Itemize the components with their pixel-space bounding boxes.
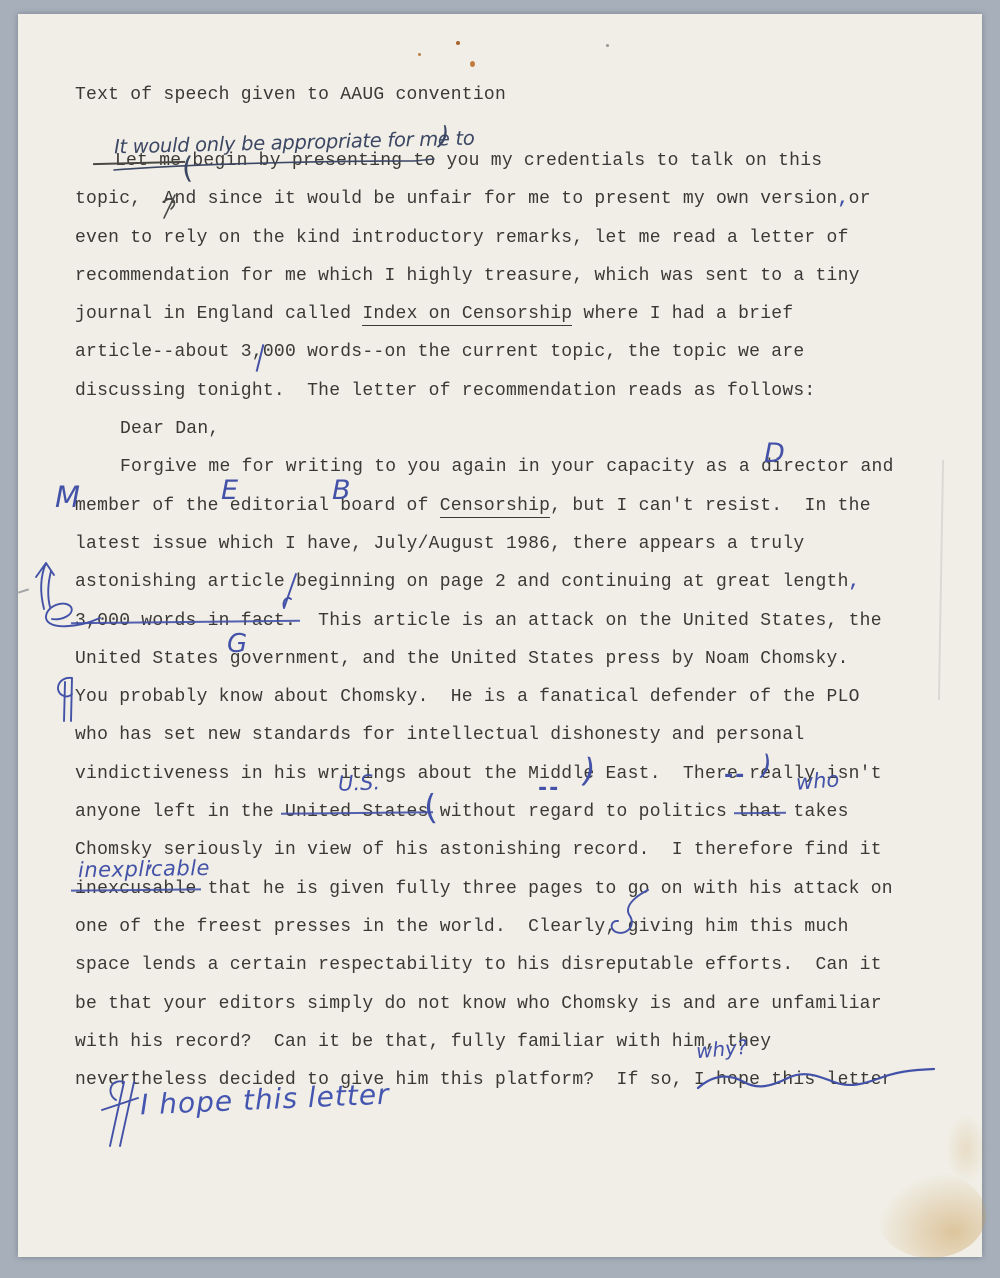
- delete-comma-loop-mark: [606, 886, 658, 946]
- typed-line: recommendation for me which I highly tre…: [75, 257, 894, 295]
- typed-line: discussing tonight. The letter of recomm…: [75, 372, 894, 410]
- typed-line: space lends a certain respectability to …: [75, 946, 894, 984]
- typed-segment: be that your editors simply do not know …: [75, 994, 882, 1014]
- typed-segment: where I had a brief: [572, 304, 793, 324]
- typed-line: member of the editorial board of Censors…: [75, 487, 894, 525]
- handwritten-rewrite-bottom: I hope this letter: [140, 1081, 391, 1120]
- capital-b-mark: B: [332, 477, 351, 504]
- typed-segment: takes: [782, 802, 848, 822]
- typed-line: with his record? Can it be that, fully f…: [75, 1023, 894, 1061]
- rust-speck: [418, 53, 421, 56]
- typed-segment: United States government, and the United…: [75, 649, 849, 669]
- typed-segment: article--about 3,000 words--on the curre…: [75, 342, 804, 362]
- delete-loop-mark: [40, 597, 106, 639]
- capital-e-mark: E: [221, 477, 238, 504]
- typed-segment: recommendation for me which I highly tre…: [75, 266, 860, 286]
- typed-segment: member of the editorial board of: [75, 496, 440, 516]
- paper-stain: [876, 1172, 986, 1258]
- typed-segment: Index on Censorship: [362, 304, 572, 326]
- typed-segment: even to rely on the kind introductory re…: [75, 228, 849, 248]
- paragraph-mark-bottom: [100, 1076, 142, 1154]
- typed-segment: Dear Dan,: [120, 419, 219, 439]
- paper-speck: [606, 44, 609, 47]
- typed-line: astonishing article beginning on page 2 …: [75, 563, 894, 601]
- why-question-label: why?: [695, 1037, 748, 1061]
- typed-line: one of the freest presses in the world. …: [75, 908, 894, 946]
- typed-segment: This article is an attack on the United …: [296, 611, 882, 631]
- typed-line: be that your editors simply do not know …: [75, 985, 894, 1023]
- us-abbreviation-label: U.S.: [338, 772, 381, 794]
- rust-speck: [470, 61, 475, 67]
- caret-insert-mark: [274, 570, 302, 612]
- inexplicable-correction-label: inexplicable: [78, 858, 210, 881]
- typed-segment: astonishing article beginning on page 2 …: [75, 572, 849, 592]
- typed-segment: with his record? Can it be that, fully f…: [75, 1032, 771, 1052]
- paper-stain: [946, 1114, 986, 1184]
- typed-segment: one of the freest presses in the world. …: [75, 917, 849, 937]
- typed-segment: space lends a certain respectability to …: [75, 955, 882, 975]
- typed-segment: without regard to politics: [429, 802, 738, 822]
- typed-line: even to rely on the kind introductory re…: [75, 219, 894, 257]
- typed-segment: 3,000 words in fact.: [75, 611, 296, 631]
- typed-segment: that he is given fully three pages to go…: [197, 879, 893, 899]
- dash-mark-1: --: [538, 778, 560, 800]
- typed-line: 3,000 words in fact. This article is an …: [75, 602, 894, 640]
- typed-line: anyone left in the United States without…: [75, 793, 894, 831]
- typed-line: latest issue which I have, July/August 1…: [75, 525, 894, 563]
- capital-d-mark: D: [764, 440, 785, 467]
- typed-line: You probably know about Chomsky. He is a…: [75, 678, 894, 716]
- typed-segment: , but I can't resist. In the: [550, 496, 871, 516]
- open-paren-mark-1: (: [423, 791, 439, 826]
- typed-segment: journal in England called: [75, 304, 362, 324]
- typed-segment: ,: [838, 189, 849, 209]
- who-correction-label: who: [795, 769, 840, 794]
- typed-segment: latest issue which I have, July/August 1…: [75, 534, 804, 554]
- typed-line: topic, And since it would be unfair for …: [75, 180, 894, 218]
- document-title: Text of speech given to AAUG convention: [75, 76, 506, 114]
- typed-segment: anyone left in the: [75, 802, 285, 822]
- typed-segment: or: [849, 189, 871, 209]
- typed-segment: who has set new standards for intellectu…: [75, 725, 804, 745]
- paragraph-mark: [50, 674, 80, 726]
- typed-segment: You probably know about Chomsky. He is a…: [75, 687, 860, 707]
- dash-mark-2: --: [724, 765, 746, 787]
- capital-m-mark: M: [55, 483, 80, 512]
- typed-segment: Censorship: [440, 496, 551, 518]
- lowercase-correction-mark: [159, 193, 181, 221]
- insertion-open-bracket: (: [182, 154, 193, 183]
- rust-speck: [456, 41, 460, 45]
- typed-segment: ,: [849, 572, 860, 592]
- typed-segment: discussing tonight. The letter of recomm…: [75, 381, 815, 401]
- typed-text-block: Let me begin by presenting to you my cre…: [75, 142, 894, 1099]
- scan-background: { "page": { "background_color": "#a7b0ba…: [0, 0, 1000, 1278]
- wavy-strikethrough-mark: [696, 1066, 938, 1096]
- typed-segment: that: [738, 802, 782, 822]
- capital-g-mark: G: [227, 631, 247, 657]
- document-page: Text of speech given to AAUG convention …: [18, 14, 982, 1257]
- insertion-underline-mark: [112, 158, 442, 174]
- typed-segment: topic, And since it would be unfair for …: [75, 189, 838, 209]
- typed-line: journal in England called Index on Censo…: [75, 295, 894, 333]
- typed-line: article--about 3,000 words--on the curre…: [75, 333, 894, 371]
- typed-segment: United States: [285, 802, 429, 822]
- typed-line: United States government, and the United…: [75, 640, 894, 678]
- paper-crease: [938, 460, 944, 700]
